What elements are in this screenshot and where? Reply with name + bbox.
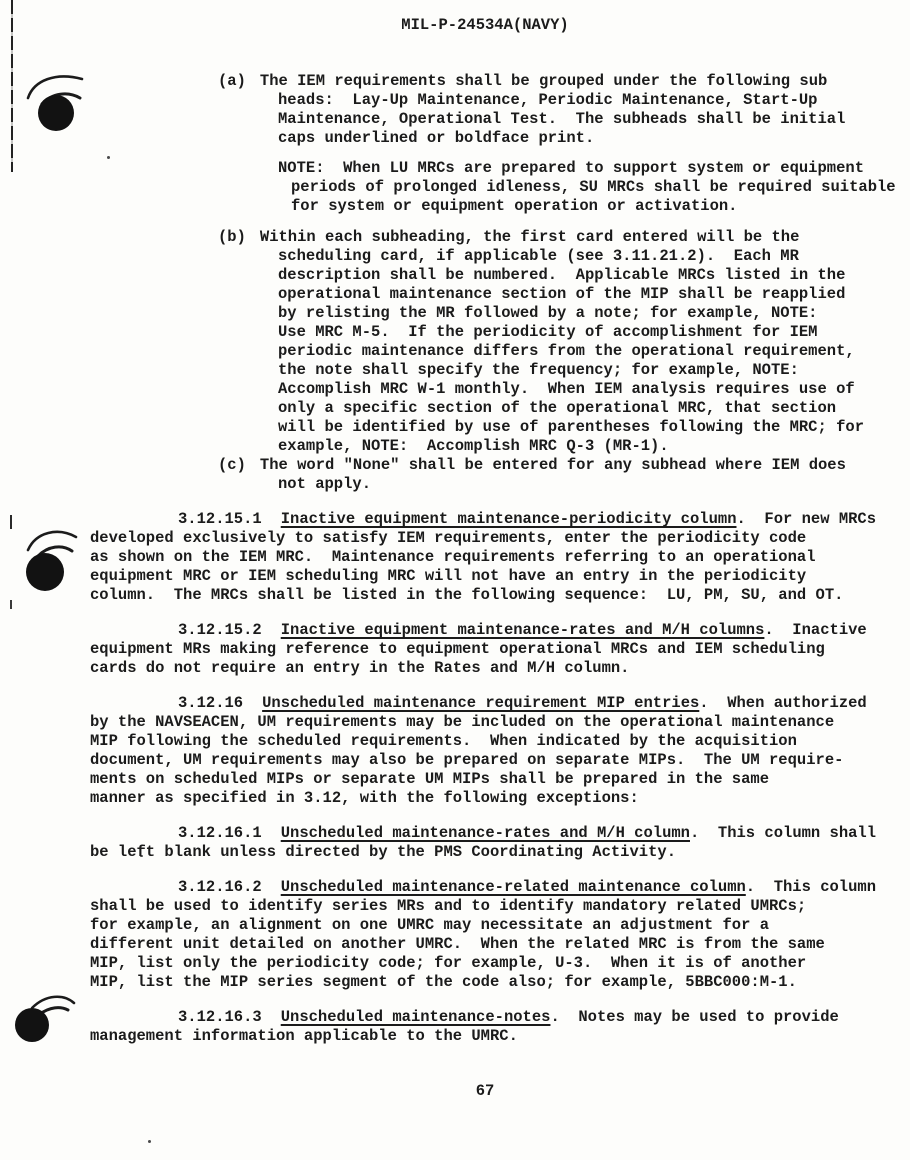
scan-edge-line	[11, 0, 13, 172]
section-heading: Unscheduled maintenance-notes	[281, 1008, 551, 1026]
document-body: (a)The IEM requirements shall be grouped…	[90, 72, 890, 1046]
list-item-c: (c)The word "None" shall be entered for …	[218, 456, 910, 494]
binder-hole-mark	[14, 526, 90, 596]
section-3-12-15-1: 3.12.15.1Inactive equipment maintenance-…	[90, 510, 890, 605]
document-id-header: MIL-P-24534A(NAVY)	[90, 16, 880, 35]
scanned-document-page: MIL-P-24534A(NAVY) (a)The IEM requiremen…	[0, 0, 910, 1160]
section-number: 3.12.16.2	[178, 878, 281, 896]
section-3-12-16-2: 3.12.16.2Unscheduled maintenance-related…	[90, 878, 890, 992]
section-heading: Inactive equipment maintenance-rates and…	[281, 621, 765, 639]
page-number: 67	[90, 1082, 880, 1101]
scan-edge-dash	[10, 600, 12, 609]
section-3-12-16-1: 3.12.16.1Unscheduled maintenance-rates a…	[90, 824, 890, 862]
list-item-c-marker: (c)	[218, 456, 260, 474]
section-heading: Unscheduled maintenance requirement MIP …	[262, 694, 699, 712]
list-item-b: (b)Within each subheading, the first car…	[218, 228, 910, 456]
binder-hole-mark	[8, 990, 84, 1050]
section-number: 3.12.16	[178, 694, 262, 712]
list-item-c-text: The word "None" shall be entered for any…	[260, 456, 846, 493]
scan-edge-dash	[10, 515, 12, 529]
section-number: 3.12.16.3	[178, 1008, 281, 1026]
section-number: 3.12.15.1	[178, 510, 281, 528]
section-number: 3.12.15.2	[178, 621, 281, 639]
section-number: 3.12.16.1	[178, 824, 281, 842]
section-3-12-16: 3.12.16Unscheduled maintenance requireme…	[90, 694, 890, 808]
section-heading: Inactive equipment maintenance-periodici…	[281, 510, 737, 528]
section-3-12-15-2: 3.12.15.2Inactive equipment maintenance-…	[90, 621, 890, 678]
list-item-b-marker: (b)	[218, 228, 260, 246]
list-item-a-marker: (a)	[218, 72, 260, 90]
list-item-a-text: The IEM requirements shall be grouped un…	[260, 72, 846, 147]
section-heading: Unscheduled maintenance-rates and M/H co…	[281, 824, 690, 842]
binder-hole-mark	[22, 70, 100, 140]
section-3-12-16-3: 3.12.16.3Unscheduled maintenance-notes. …	[90, 1008, 890, 1046]
list-item-a: (a)The IEM requirements shall be grouped…	[218, 72, 910, 148]
note-block: NOTE: When LU MRCs are prepared to suppo…	[278, 159, 910, 216]
section-heading: Unscheduled maintenance-related maintena…	[281, 878, 746, 896]
scan-speck	[148, 1140, 151, 1143]
list-item-b-text: Within each subheading, the first card e…	[260, 228, 864, 455]
